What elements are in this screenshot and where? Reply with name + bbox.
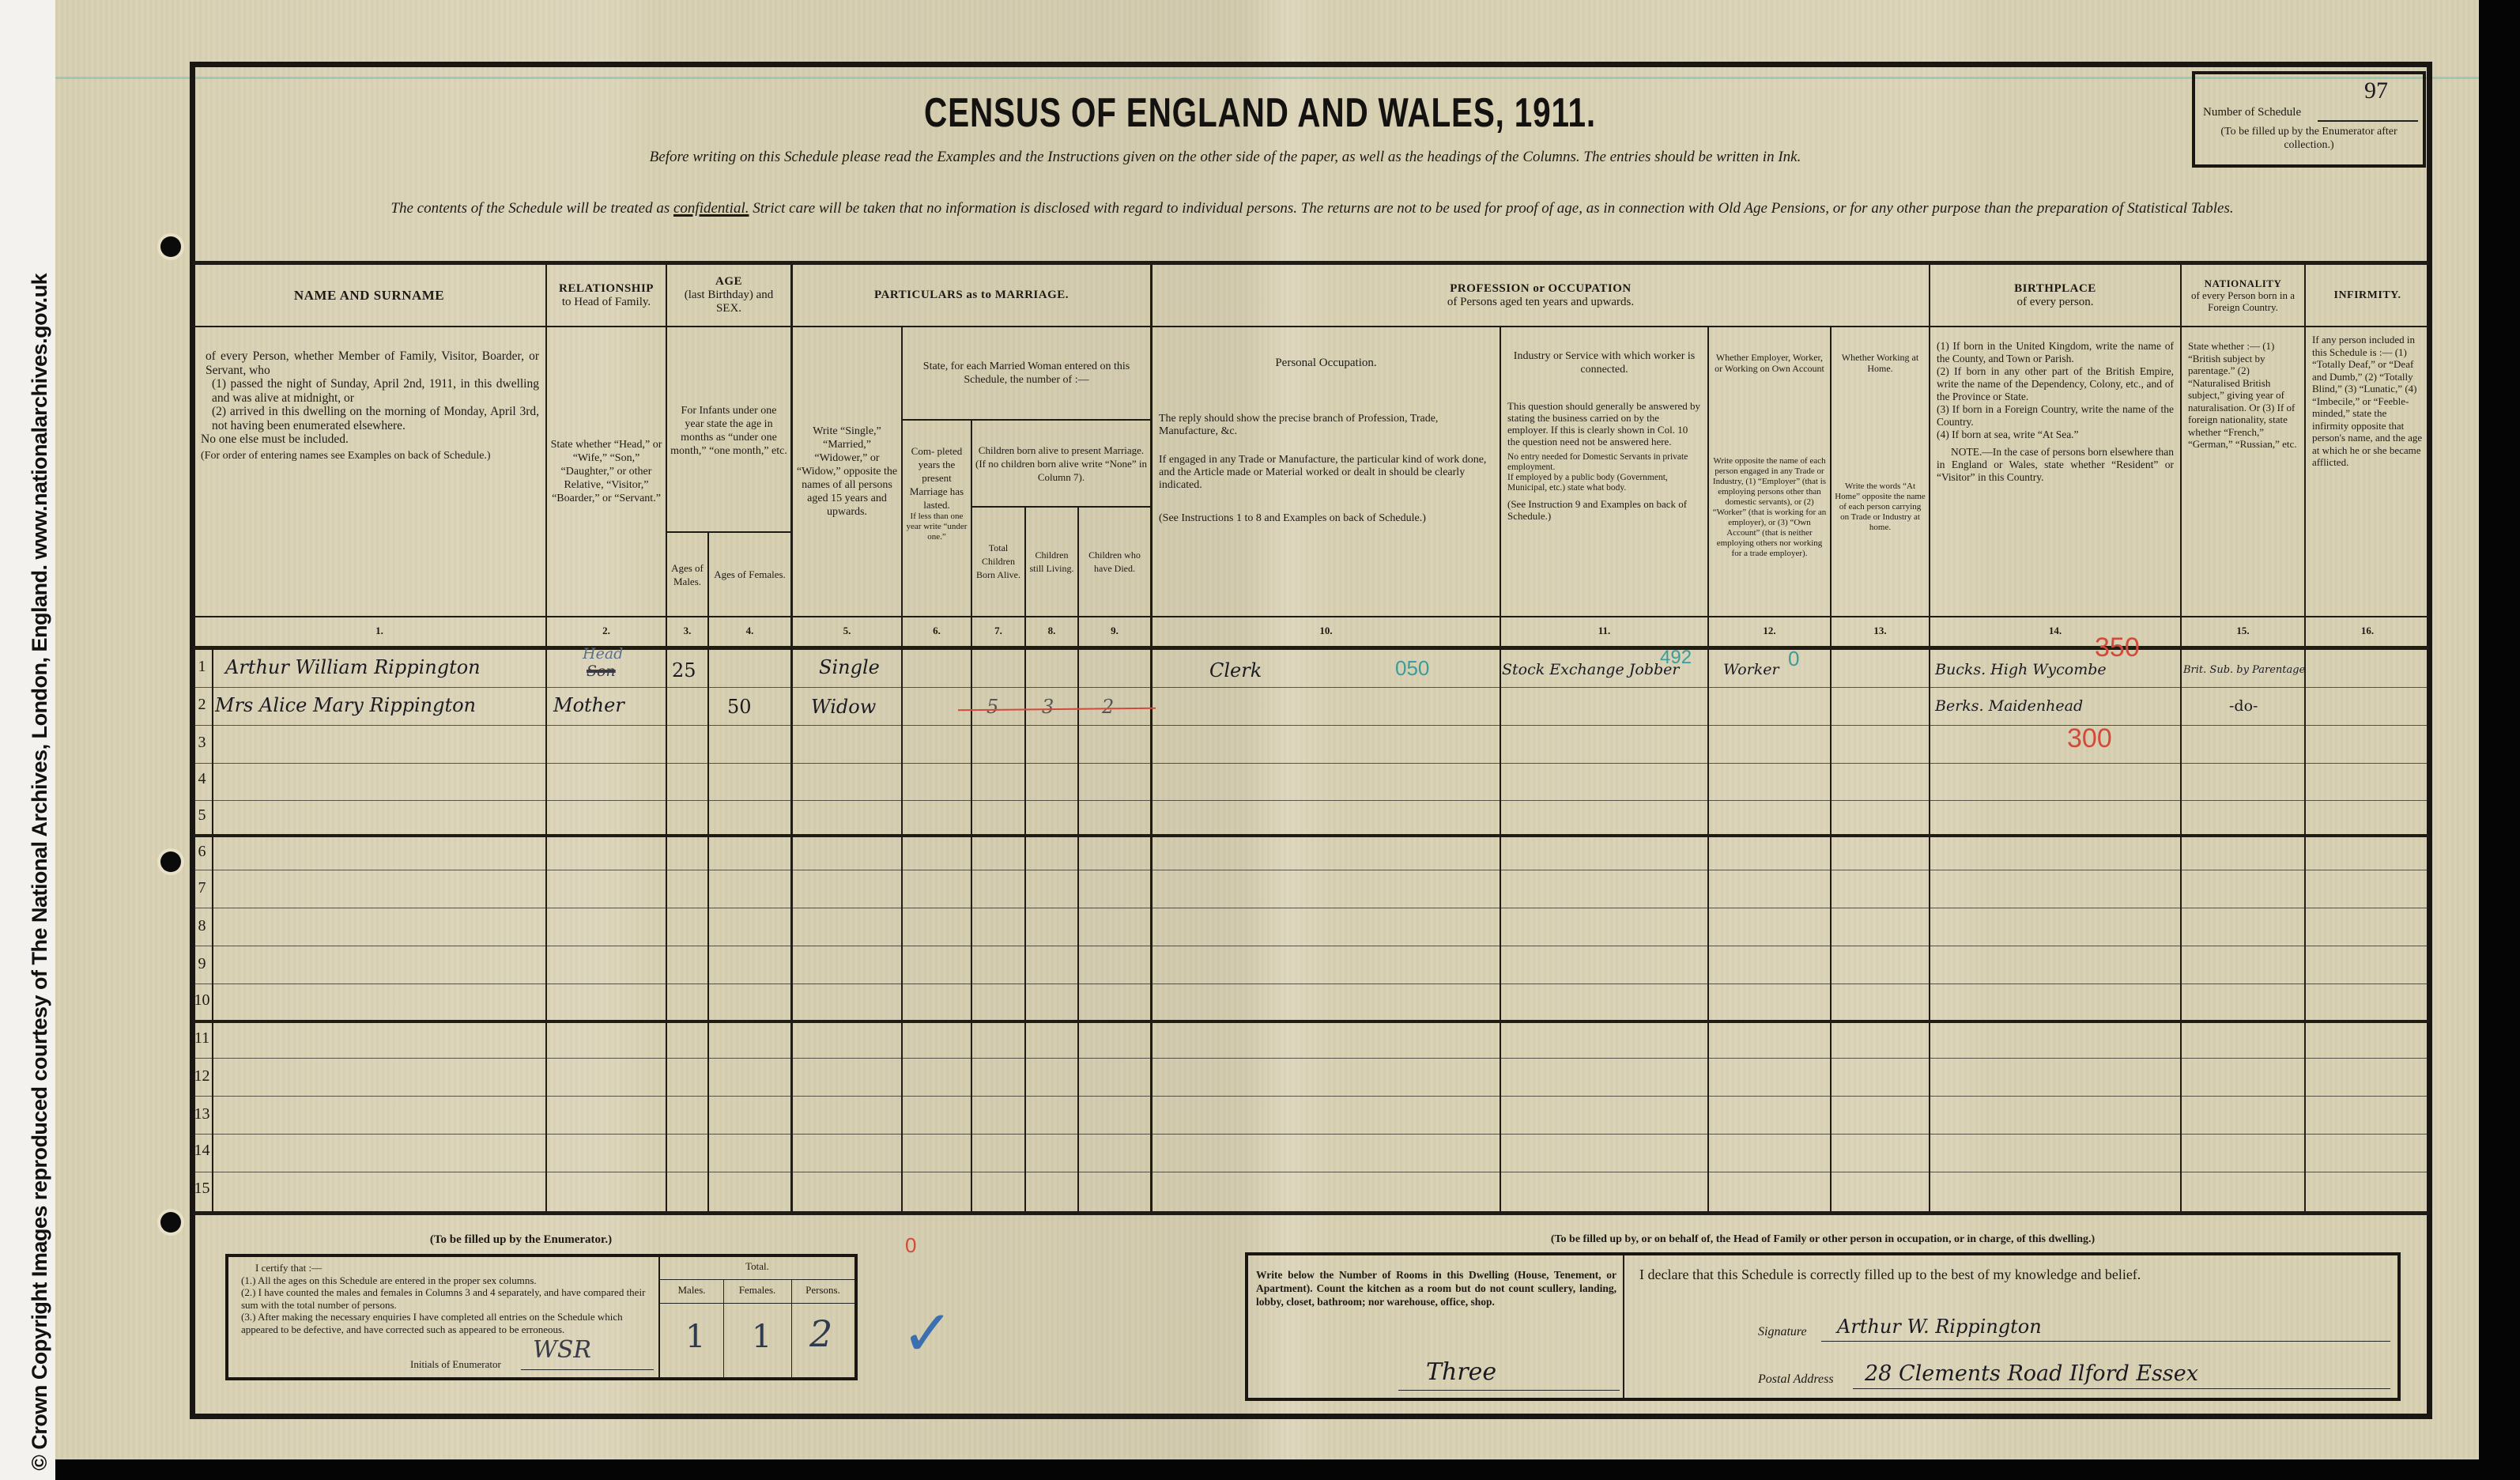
header-col11-title: Industry or Service with which worker is… [1501,327,1707,398]
column-number: 4. [709,625,790,637]
copyright-strip: © Crown Copyright Images reproduced cour… [0,0,55,1480]
column-number: 1. [213,625,545,637]
row-number: 15 [192,1180,212,1198]
row-number: 9 [192,955,212,973]
entry-birthplace: Berks. Maidenhead [1935,697,2083,715]
postal-address-label: Postal Address [1758,1372,1834,1387]
header-col12-desc: Write opposite the name of each person e… [1709,398,1830,616]
red-circle-mark: 0 [905,1233,916,1258]
header-nationality-desc: State whether :— (1) “British subject by… [2183,338,2303,452]
row-number: 11 [192,1029,212,1048]
head-declaration-box: Write below the Number of Rooms in this … [1245,1252,2401,1401]
form-subtitle: Before writing on this Schedule please r… [190,149,2261,166]
row-number: 2 [192,696,212,714]
copyright-text: © Crown Copyright Images reproduced cour… [28,274,52,1471]
header-name: NAME AND SURNAME [193,265,545,326]
persons-total: 2 [809,1312,832,1355]
entry-industry: Stock Exchange Jobber [1502,661,1679,678]
declaration-text: I declare that this Schedule is correctl… [1639,1267,2141,1283]
header-col6: Com- pleted years the present Marriage h… [903,421,971,616]
header-children: Children born alive to present Marriage.… [972,421,1150,506]
entry-name: Mrs Alice Mary Rippington [215,694,476,716]
enumerator-certificate: I certify that :— (1.) All the ages on t… [225,1254,858,1380]
confidential-word: confidential. [673,200,749,217]
females-label: Females. [723,1284,791,1297]
entry-nationality: -do- [2229,697,2258,715]
header-col7: Total Children Born Alive. [972,508,1024,616]
row-number: 13 [192,1105,212,1123]
header-birthplace: BIRTHPLACEof every person. [1930,265,2180,326]
column-number: 3. [667,625,707,637]
column-number: 7. [972,625,1024,637]
header-col10-desc: The reply should show the precise branch… [1154,411,1498,527]
header-col12-title: Whether Employer, Worker, or Working on … [1709,327,1830,398]
males-total: 1 [685,1319,705,1355]
entry-age-male: 25 [672,659,696,681]
entry-relationship: Head [583,645,623,663]
colnum-top-rule [193,616,2429,617]
enumerator-initials: WSR [533,1336,591,1364]
column-number: 15. [2182,625,2304,637]
enumerator-heading: (To be filled up by the Enumerator.) [193,1233,849,1247]
females-total: 1 [752,1319,771,1355]
signature: Arthur W. Rippington [1837,1316,2042,1338]
header-relationship: RELATIONSHIPto Head of Family. [547,265,666,326]
total-label: Total. [660,1260,854,1273]
row-number: 5 [192,806,212,825]
row-number: 12 [192,1067,212,1085]
postal-address: 28 Clements Road Ilford Essex [1865,1361,2198,1386]
employment-code: 0 [1788,647,1799,671]
birthplace-code: 300 [2067,723,2112,754]
header-occupation: PROFESSION or OCCUPATIONof Persons aged … [1152,265,1929,326]
entry-marital: Single [819,656,880,678]
header-col11-desc: This question should generally be answer… [1503,398,1706,523]
initials-label: Initials of Enumerator [410,1358,501,1371]
column-number: 11. [1501,625,1707,637]
schedule-number-note: (To be filled up by the Enumerator after… [2201,125,2416,152]
entry-children-died: 2 [1102,696,1114,718]
signature-label: Signature [1758,1325,1807,1339]
column-number: 2. [547,625,666,637]
certify-text: I certify that :— (1.) All the ages on t… [241,1262,652,1335]
row-number: 7 [192,879,212,897]
punch-hole-icon [160,851,181,872]
males-label: Males. [660,1284,723,1297]
persons-label: Persons. [791,1284,854,1297]
rooms-count: Three [1426,1358,1496,1386]
column-number: 13. [1832,625,1929,637]
row-number: 3 [192,734,212,752]
header-name-desc: of every Person, whether Member of Famil… [196,348,544,464]
header-col13-desc: Write the words “At Home” opposite the n… [1832,398,1929,616]
header-relationship-desc: State whether “Head,” or “Wife,” “Son,” … [547,327,666,616]
entry-birthplace: Bucks. High Wycombe [1935,661,2107,678]
entry-marital: Widow [811,696,876,718]
header-nationality: NATIONALITYof every Person born in a For… [2182,265,2304,326]
schedule-number: 97 [2364,77,2388,104]
entry-children-living: 3 [1042,696,1054,718]
column-number: 5. [793,625,901,637]
entry-name: Arthur William Rippington [225,656,481,678]
row-number: 6 [192,843,212,861]
punch-hole-icon [160,236,181,257]
industry-code: 492 [1660,647,1692,669]
schedule-number-box: 97 Number of Schedule (To be filled up b… [2192,71,2426,168]
header-infirmity: INFIRMITY. [2306,265,2429,326]
form-title: CENSUS OF ENGLAND AND WALES, 1911. [277,89,2243,137]
header-age-males: Ages of Males. [667,533,707,616]
schedule-number-label: Number of Schedule [2203,106,2301,119]
column-number: 9. [1079,625,1150,637]
column-number: 8. [1026,625,1077,637]
header-infirmity-desc: If any person included in this Schedule … [2307,332,2428,470]
header-col13-title: Whether Working at Home. [1832,327,1929,398]
entry-employment: Worker [1723,661,1779,678]
confidential-notice: The contents of the Schedule will be tre… [213,198,2411,219]
column-number: 14. [1930,625,2180,637]
check-mark-icon: ✓ [901,1297,954,1370]
entry-relationship-struck: Son [587,663,616,680]
table-bottom-rule [193,1211,2429,1215]
header-col5-desc: Write “Single,” “Married,” “Widower,” or… [793,327,901,616]
header-col8: Children still Living. [1026,508,1077,616]
row-number: 10 [192,991,212,1010]
header-birthplace-desc: (1) If born in the United Kingdom, write… [1932,338,2179,485]
header-col10-title: Personal Occupation. [1152,327,1500,398]
row-number: 1 [192,658,212,676]
header-age: AGE(last Birthday) and SEX. [667,265,790,326]
header-age-desc: For Infants under one year state the age… [667,332,790,530]
column-number: 12. [1709,625,1830,637]
header-marriage: PARTICULARS as to MARRIAGE. [793,265,1150,326]
birthplace-code: 350 [2095,632,2140,663]
entry-nationality: Brit. Sub. by Parentage [2183,664,2305,676]
entry-relationship: Mother [553,694,624,716]
column-number: 10. [1152,625,1500,637]
rooms-instruction: Write below the Number of Rooms in this … [1256,1268,1616,1308]
head-section-heading: (To be filled up by, or on behalf of, th… [1245,1233,2401,1246]
entry-age-female: 50 [727,696,752,718]
punch-hole-icon [160,1212,181,1233]
colnum-bottom-rule [193,646,2429,650]
header-age-females: Ages of Females. [709,533,790,616]
entry-occupation: Clerk [1209,659,1262,681]
header-col9: Children who have Died. [1079,508,1150,616]
column-number: 16. [2306,625,2429,637]
entry-children-born: 5 [986,696,998,718]
header-married-woman: State, for each Married Woman entered on… [903,327,1150,419]
row-number: 8 [192,917,212,935]
row-number: 14 [192,1142,212,1160]
row-number: 4 [192,770,212,788]
column-number: 6. [903,625,971,637]
occupation-code: 050 [1395,656,1429,681]
